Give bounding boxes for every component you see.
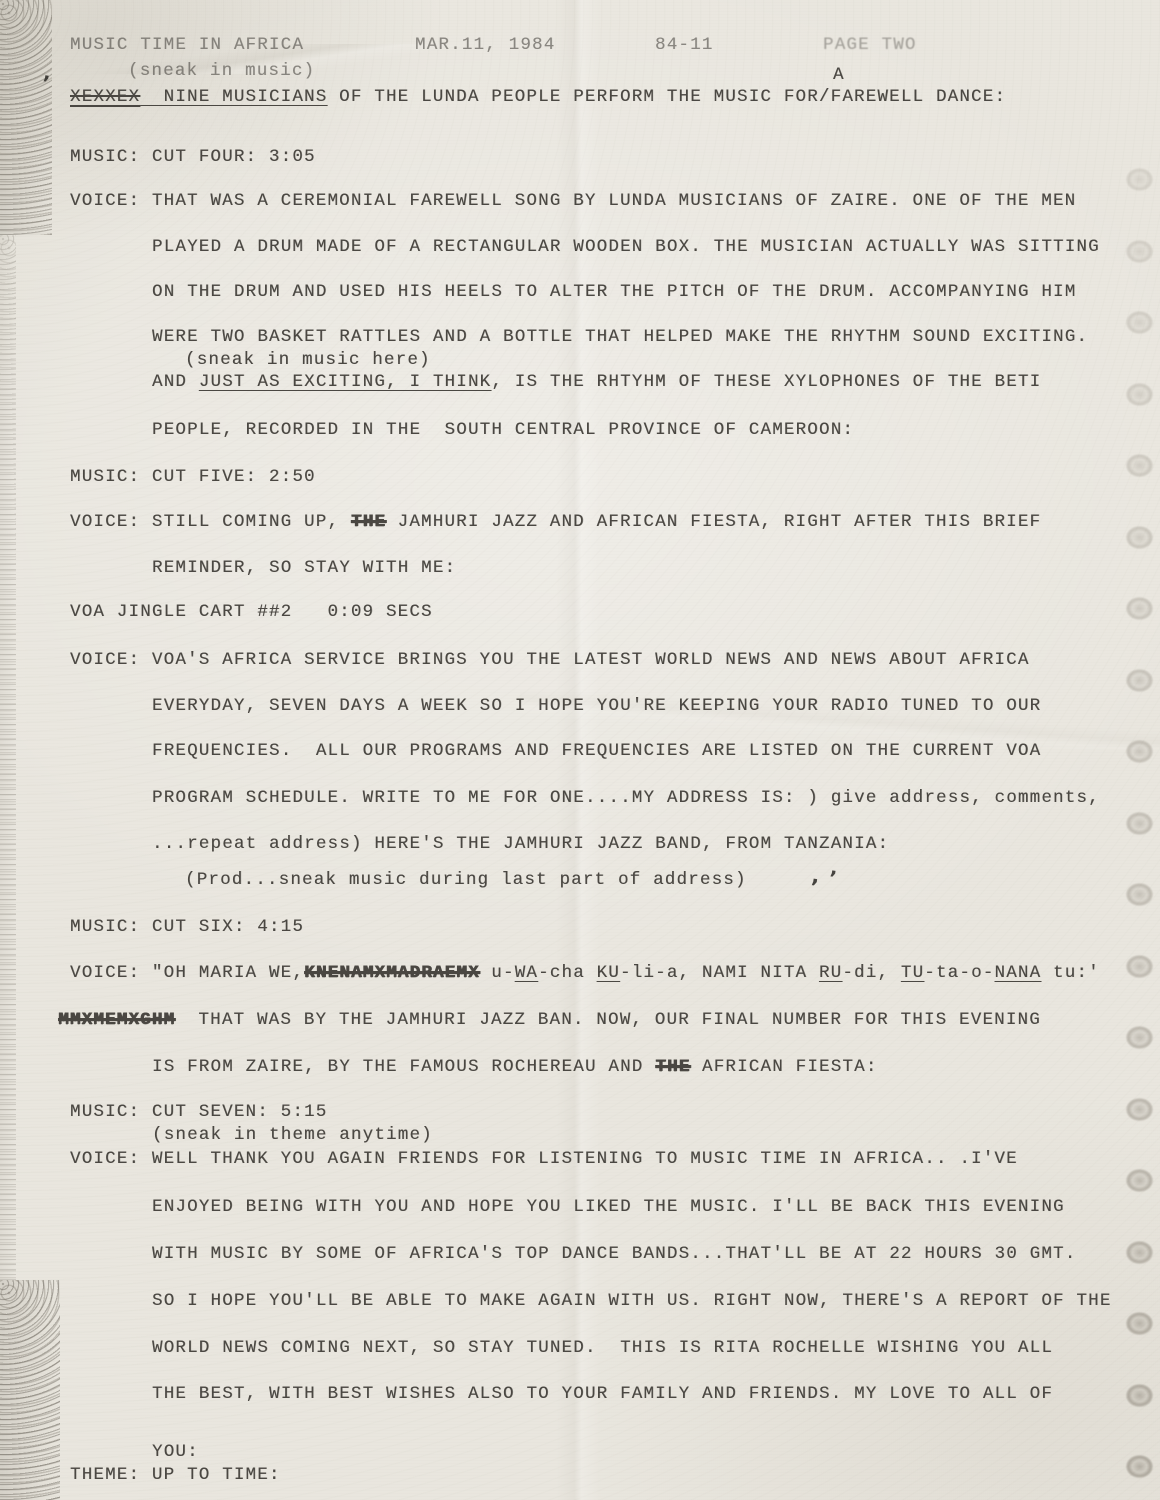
scan-edge-bottom-left: [0, 1280, 60, 1500]
voice-paragraph: VOICE: STILL COMING UP, THE JAMHURI JAZZ…: [70, 511, 1041, 533]
script-line: ENJOYED BEING WITH YOU AND HOPE YOU LIKE…: [152, 1196, 1065, 1218]
typed-text: (sneak in music): [128, 61, 315, 81]
typed-text: WITH MUSIC BY SOME OF AFRICA'S TOP DANCE…: [152, 1244, 1076, 1264]
binder-hole: [1126, 240, 1153, 263]
voice-lyrics-line: VOICE: "OH MARIA WE,KNENAMXMADRAEMX u-WA…: [70, 962, 1100, 984]
typed-text: MUSIC: CUT FIVE: 2:50: [70, 467, 316, 487]
typed-text: VOICE: VOA'S AFRICA SERVICE BRINGS YOU T…: [70, 650, 1030, 670]
script-line: REMINDER, SO STAY WITH ME:: [152, 557, 456, 579]
typed-text: IS FROM ZAIRE, BY THE FAMOUS ROCHEREAU A…: [152, 1057, 655, 1077]
binder-hole: [1126, 597, 1153, 620]
binder-hole: [1126, 526, 1153, 549]
typed-insertion-a: A: [833, 64, 845, 86]
binder-hole: [1126, 1169, 1153, 1192]
binder-hole: [1126, 454, 1153, 477]
binder-hole: [1126, 740, 1153, 763]
typed-text: ON THE DRUM AND USED HIS HEELS TO ALTER …: [152, 282, 1076, 302]
script-line: THE BEST, WITH BEST WISHES ALSO TO YOUR …: [152, 1383, 1053, 1405]
typed-text: -di,: [842, 963, 901, 983]
typed-text: JAMHURI JAZZ AND AFRICAN FIESTA, RIGHT A…: [386, 512, 1041, 532]
music-cue-five: MUSIC: CUT FIVE: 2:50: [70, 466, 316, 488]
typed-text: NINE MUSICIANS: [140, 87, 327, 107]
typed-text: WORLD NEWS COMING NEXT, SO STAY TUNED. T…: [152, 1338, 1053, 1358]
typed-text: TU: [901, 963, 924, 983]
typed-text: tu:': [1041, 963, 1100, 983]
script-line: ON THE DRUM AND USED HIS HEELS TO ALTER …: [152, 281, 1076, 303]
typed-text: RU: [819, 963, 842, 983]
binder-hole: [1126, 812, 1153, 835]
typed-text: (sneak in theme anytime): [152, 1125, 433, 1145]
scan-edge-left: [0, 235, 16, 1280]
typed-text: MUSIC: CUT SEVEN: 5:15: [70, 1102, 327, 1122]
binder-hole: [1126, 1455, 1153, 1478]
typed-text: AFRICAN FIESTA:: [690, 1057, 877, 1077]
typed-text: -cha: [538, 963, 597, 983]
typed-text: VOICE: THAT WAS A CEREMONIAL FAREWELL SO…: [70, 191, 1076, 211]
typed-text: MUSIC: CUT SIX: 4:15: [70, 917, 304, 937]
script-line: PLAYED A DRUM MADE OF A RECTANGULAR WOOD…: [152, 236, 1100, 258]
typed-strikeout-text: THE: [351, 512, 386, 532]
script-line: WITH MUSIC BY SOME OF AFRICA'S TOP DANCE…: [152, 1243, 1076, 1265]
binder-hole: [1126, 383, 1153, 406]
typed-text: SO I HOPE YOU'LL BE ABLE TO MAKE AGAIN W…: [152, 1291, 1112, 1311]
typed-text: WA: [515, 963, 538, 983]
typed-text: , ’: [810, 863, 839, 890]
binder-hole: [1126, 955, 1153, 978]
intro-heading-line: XEXXEX NINE MUSICIANS OF THE LUNDA PEOPL…: [70, 86, 1006, 108]
binder-hole: [1126, 669, 1153, 692]
script-line: WERE TWO BASKET RATTLES AND A BOTTLE THA…: [152, 326, 1088, 348]
typed-text: THAT WAS BY THE JAMHURI JAZZ BAN. NOW, O…: [175, 1010, 1041, 1030]
voice-paragraph: VOICE: THAT WAS A CEREMONIAL FAREWELL SO…: [70, 190, 1076, 212]
binder-hole: [1126, 1312, 1153, 1335]
typed-text: , IS THE RHTYHM OF THESE XYLOPHONES OF T…: [491, 372, 1041, 392]
theme-cue: THEME: UP TO TIME:: [70, 1464, 281, 1486]
typed-text: OF THE LUNDA PEOPLE PERFORM THE MUSIC FO…: [327, 87, 1006, 107]
script-line: PROGRAM SCHEDULE. WRITE TO ME FOR ONE...…: [152, 787, 1100, 809]
typed-text: REMINDER, SO STAY WITH ME:: [152, 558, 456, 578]
binder-hole: [1126, 168, 1153, 191]
script-line: PEOPLE, RECORDED IN THE SOUTH CENTRAL PR…: [152, 419, 854, 441]
scan-edge-top-left: [0, 0, 52, 235]
typed-text: u-: [480, 963, 515, 983]
script-line: SO I HOPE YOU'LL BE ABLE TO MAKE AGAIN W…: [152, 1290, 1112, 1312]
typed-text: PROGRAM SCHEDULE. WRITE TO ME FOR ONE...…: [152, 788, 1100, 808]
header-episode-number: 84-11: [655, 34, 714, 56]
typed-text: VOICE: WELL THANK YOU AGAIN FRIENDS FOR …: [70, 1149, 1018, 1169]
voice-paragraph: VOICE: WELL THANK YOU AGAIN FRIENDS FOR …: [70, 1148, 1018, 1170]
typed-text: AND: [152, 372, 199, 392]
script-line: IS FROM ZAIRE, BY THE FAMOUS ROCHEREAU A…: [152, 1056, 878, 1078]
header-title: MUSIC TIME IN AFRICA: [70, 34, 304, 56]
typed-text: JUST AS EXCITING, I THINK: [199, 372, 492, 392]
binder-hole: [1126, 311, 1153, 334]
typed-text: WERE TWO BASKET RATTLES AND A BOTTLE THA…: [152, 327, 1088, 347]
typed-text: PEOPLE, RECORDED IN THE SOUTH CENTRAL PR…: [152, 420, 854, 440]
typed-text: ...repeat address) HERE'S THE JAMHURI JA…: [152, 834, 889, 854]
music-cue-seven: MUSIC: CUT SEVEN: 5:15: [70, 1101, 327, 1123]
typed-strikeout-text: XEXXEX: [70, 87, 140, 107]
script-line: FREQUENCIES. ALL OUR PROGRAMS AND FREQUE…: [152, 740, 1041, 762]
typed-strikeout-text: THE: [655, 1057, 690, 1077]
typed-strikeout-text: KNENAMXMADRAEMX: [304, 963, 480, 983]
cue-sneak-in-music-here: (sneak in music here): [185, 349, 431, 371]
pen-tick-mark: ’: [41, 71, 53, 94]
pen-marks: , ’: [811, 864, 840, 889]
typed-text: A: [833, 65, 845, 85]
typed-text: FREQUENCIES. ALL OUR PROGRAMS AND FREQUE…: [152, 741, 1041, 761]
voice-paragraph: VOICE: VOA'S AFRICA SERVICE BRINGS YOU T…: [70, 649, 1030, 671]
binder-hole: [1126, 1026, 1153, 1049]
typed-text: 84-11: [655, 35, 714, 55]
binder-hole: [1126, 1098, 1153, 1121]
jingle-cue: VOA JINGLE CART ##2 0:09 SECS: [70, 601, 433, 623]
typed-text: EVERYDAY, SEVEN DAYS A WEEK SO I HOPE YO…: [152, 696, 1041, 716]
typed-text: (sneak in music here): [185, 350, 431, 370]
typed-text: YOU:: [152, 1442, 199, 1462]
music-cue-four: MUSIC: CUT FOUR: 3:05: [70, 146, 316, 168]
cue-sneak-in-theme: (sneak in theme anytime): [152, 1124, 433, 1146]
header-date: MAR.11, 1984: [415, 34, 555, 56]
binder-hole: [1126, 1241, 1153, 1264]
cue-sneak-in-music: (sneak in music): [128, 60, 315, 82]
typed-strikeout-text: MMXMEMXGHM: [58, 1010, 175, 1030]
typed-text: ’: [40, 71, 52, 96]
typed-text: THEME: UP TO TIME:: [70, 1465, 281, 1485]
typed-text: MUSIC: CUT FOUR: 3:05: [70, 147, 316, 167]
script-line: AND JUST AS EXCITING, I THINK, IS THE RH…: [152, 371, 1041, 393]
typed-text: PLAYED A DRUM MADE OF A RECTANGULAR WOOD…: [152, 237, 1100, 257]
typed-text: -ta-o-: [924, 963, 994, 983]
typed-text: PAGE TWO: [823, 35, 917, 55]
typed-text: (Prod...sneak music during last part of …: [185, 870, 747, 890]
typed-text: -li-a, NAMI NITA: [620, 963, 819, 983]
music-cue-six: MUSIC: CUT SIX: 4:15: [70, 916, 304, 938]
typed-text: MUSIC TIME IN AFRICA: [70, 35, 304, 55]
script-line: WORLD NEWS COMING NEXT, SO STAY TUNED. T…: [152, 1337, 1053, 1359]
typed-text: VOA JINGLE CART ##2 0:09 SECS: [70, 602, 433, 622]
typed-text: THE BEST, WITH BEST WISHES ALSO TO YOUR …: [152, 1384, 1053, 1404]
binder-hole: [1126, 1384, 1153, 1407]
binder-hole: [1126, 883, 1153, 906]
typed-text: MAR.11, 1984: [415, 35, 555, 55]
typed-text: ENJOYED BEING WITH YOU AND HOPE YOU LIKE…: [152, 1197, 1065, 1217]
typed-text: KU: [597, 963, 620, 983]
typed-text: NANA: [995, 963, 1042, 983]
script-line: ...repeat address) HERE'S THE JAMHURI JA…: [152, 833, 889, 855]
producer-note: (Prod...sneak music during last part of …: [185, 869, 747, 891]
header-page-number: PAGE TWO: [823, 34, 917, 56]
typed-text: VOICE: "OH MARIA WE,: [70, 963, 304, 983]
paper-page: MUSIC TIME IN AFRICAMAR.11, 198484-11PAG…: [0, 0, 1160, 1500]
typed-text: VOICE: STILL COMING UP,: [70, 512, 351, 532]
script-line: MMXMEMXGHM THAT WAS BY THE JAMHURI JAZZ …: [58, 1009, 1041, 1031]
script-line: EVERYDAY, SEVEN DAYS A WEEK SO I HOPE YO…: [152, 695, 1041, 717]
script-line: YOU:: [152, 1441, 199, 1463]
